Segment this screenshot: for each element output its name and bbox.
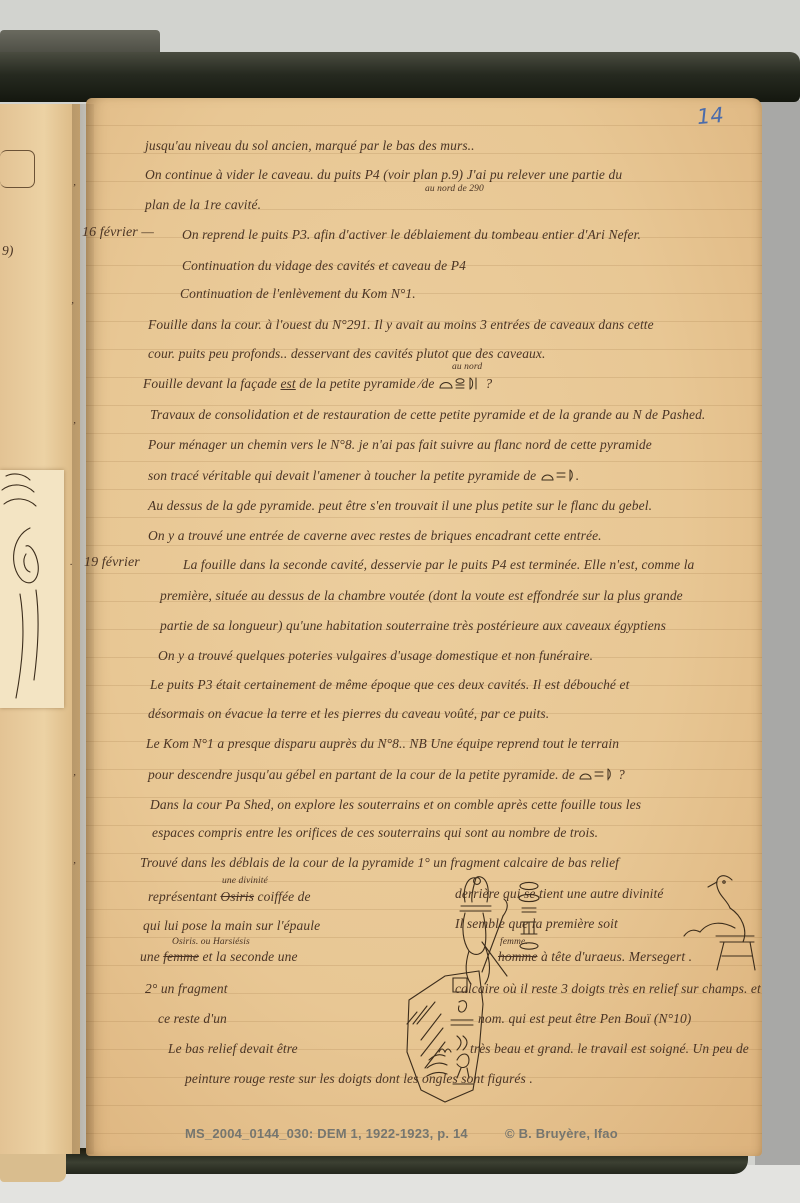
manuscript-line: 2° un fragment xyxy=(145,981,228,997)
gutter-pen-mark: ’ xyxy=(72,860,76,872)
line-text: Fouille devant la façade xyxy=(143,376,280,391)
manuscript-line: qui lui pose la main sur l'épaule xyxy=(143,918,320,934)
manuscript-line: une femme et la seconde une xyxy=(140,949,298,965)
struck-word: Osiris xyxy=(220,889,254,904)
line-text: nom. qui est peut être Pen Bouï (N°10) xyxy=(478,1011,691,1026)
manuscript-line: Travaux de consolidation et de restaurat… xyxy=(150,407,705,423)
manuscript-line: Trouvé dans les déblais de la cour de la… xyxy=(140,855,619,871)
manuscript-line: espaces compris entre les orifices de ce… xyxy=(152,825,598,841)
manuscript-line: On y a trouvé une entrée de caverne avec… xyxy=(148,528,602,544)
manuscript-line: La fouille dans la seconde cavité, desse… xyxy=(183,557,694,573)
line-text: son tracé véritable qui devait l'amener … xyxy=(148,468,540,483)
struck-word: femme xyxy=(163,949,199,964)
line-text: Le bas relief devait être xyxy=(168,1041,298,1056)
line-text: La fouille dans la seconde cavité, desse… xyxy=(183,557,694,572)
manuscript-line: Le bas relief devait être xyxy=(168,1041,298,1057)
line-text: espaces compris entre les orifices de ce… xyxy=(152,825,598,840)
manuscript-line: désormais on évacue la terre et les pier… xyxy=(148,706,549,722)
underlined-word: est xyxy=(280,376,295,391)
manuscript-line: Au dessus de la gde pyramide. peut être … xyxy=(148,498,652,514)
line-text: ? xyxy=(482,376,492,391)
verso-pasted-sketch-paper xyxy=(0,470,64,708)
line-text: très beau et grand. le travail est soign… xyxy=(470,1041,749,1056)
line-text: . xyxy=(576,468,579,483)
line-text: jusqu'au niveau du sol ancien, marqué pa… xyxy=(145,138,475,153)
manuscript-line: jusqu'au niveau du sol ancien, marqué pa… xyxy=(145,138,475,154)
line-text: ce reste d'un xyxy=(158,1011,227,1026)
manuscript-line: Continuation de l'enlèvement du Kom N°1. xyxy=(180,286,416,302)
manuscript-line: son tracé véritable qui devait l'amener … xyxy=(148,467,579,484)
line-text: première, située au dessus de la chambre… xyxy=(160,588,683,603)
line-text: ? xyxy=(614,767,624,782)
gutter-pen-mark: ’ xyxy=(70,300,74,312)
manuscript-line: pour descendre jusqu'au gébel en partant… xyxy=(148,766,625,783)
notebook-scan: 9) ’ ’ ’ . ’ ’ 14 jusqu'au niveau du sol… xyxy=(0,0,800,1203)
line-text: à tête d'uraeus. Mersegert . xyxy=(538,949,693,964)
manuscript-line: première, située au dessus de la chambre… xyxy=(160,588,683,604)
manuscript-line: cour. puits peu profonds.. desservant de… xyxy=(148,346,545,362)
manuscript-line: plan de la 1re cavité. xyxy=(145,197,261,213)
manuscript-line: On y a trouvé quelques poteries vulgaire… xyxy=(158,648,593,664)
manuscript-line: calcaire où il reste 3 doigts très en re… xyxy=(455,981,761,997)
hieroglyph-group-icon xyxy=(438,375,482,391)
manuscript-line: Continuation du vidage des cavités et ca… xyxy=(182,258,466,274)
line-text: et la seconde une xyxy=(199,949,298,964)
line-text: peinture rouge reste sur les doigts dont… xyxy=(185,1071,533,1086)
head-profile-sketch xyxy=(0,470,64,708)
manuscript-line: ce reste d'un xyxy=(158,1011,227,1027)
manuscript-line: peinture rouge reste sur les doigts dont… xyxy=(185,1071,533,1087)
manuscript-line: très beau et grand. le travail est soign… xyxy=(470,1041,749,1057)
manuscript-line: Dans la cour Pa Shed, on explore les sou… xyxy=(150,797,641,813)
gutter-pen-mark: ’ xyxy=(72,772,76,784)
line-text: Continuation du vidage des cavités et ca… xyxy=(182,258,466,273)
line-text: Le Kom N°1 a presque disparu auprès du N… xyxy=(146,736,619,751)
manuscript-line: représentant Osiris coiffée de xyxy=(148,889,311,905)
verso-text: 9) xyxy=(2,243,13,258)
gutter-pen-mark: . xyxy=(70,556,73,568)
note-text: au nord de 290 xyxy=(425,184,484,194)
interlinear-note: au nord de 290 xyxy=(425,184,484,195)
line-text: On reprend le puits P3. afin d'activer l… xyxy=(182,227,641,242)
page-number: 14 xyxy=(696,103,725,129)
line-text: calcaire où il reste 3 doigts très en re… xyxy=(455,981,761,996)
line-text: cour. puits peu profonds.. desservant de… xyxy=(148,346,545,361)
book-cover-top-edge xyxy=(0,52,800,102)
hieroglyph-group-icon xyxy=(540,467,576,483)
verso-text-fragment: 9) xyxy=(2,243,13,259)
line-text: coiffée de xyxy=(254,889,311,904)
line-text: Dans la cour Pa Shed, on explore les sou… xyxy=(150,797,641,812)
hieroglyph-group-icon xyxy=(578,766,614,782)
line-text: qui lui pose la main sur l'épaule xyxy=(143,918,320,933)
line-text: Travaux de consolidation et de restaurat… xyxy=(150,407,705,422)
interlinear-note: Osiris. ou Harsiésis xyxy=(172,937,250,948)
verso-sketch-frame xyxy=(0,150,35,188)
manuscript-line: partie de sa longueur) qu'une habitation… xyxy=(160,618,666,634)
line-text: partie de sa longueur) qu'une habitation… xyxy=(160,618,666,633)
line-text: représentant xyxy=(148,889,220,904)
line-text: On continue à vider le caveau. du puits … xyxy=(145,167,622,182)
manuscript-line: Le Kom N°1 a presque disparu auprès du N… xyxy=(146,736,619,752)
line-text: Continuation de l'enlèvement du Kom N°1. xyxy=(180,286,416,301)
manuscript-line: nom. qui est peut être Pen Bouï (N°10) xyxy=(478,1011,691,1027)
gutter-pen-mark: ’ xyxy=(72,182,76,194)
entry-date: 16 février — xyxy=(82,225,154,241)
page-gutter-shadow xyxy=(72,104,94,1154)
manuscript-line: Fouille dans la cour. à l'ouest du N°291… xyxy=(148,317,654,333)
gutter-pen-mark: ’ xyxy=(72,420,76,432)
manuscript-line: Fouille devant la façade est de la petit… xyxy=(143,375,492,392)
line-text: Pour ménager un chemin vers le N°8. je n… xyxy=(148,437,652,452)
note-text: Osiris. ou Harsiésis xyxy=(172,937,250,947)
footer-caption-id: MS_2004_0144_030: DEM 1, 1922-1923, p. 1… xyxy=(185,1126,468,1141)
line-text: Fouille dans la cour. à l'ouest du N°291… xyxy=(148,317,654,332)
interlinear-note: au nord xyxy=(452,362,482,373)
entry-date: 19 février xyxy=(84,555,140,571)
line-text: désormais on évacue la terre et les pier… xyxy=(148,706,549,721)
page-stack-bottom-left xyxy=(0,1150,66,1182)
line-text: Au dessus de la gde pyramide. peut être … xyxy=(148,498,652,513)
line-text: une xyxy=(140,949,163,964)
manuscript-line: On reprend le puits P3. afin d'activer l… xyxy=(182,227,641,243)
line-text: de la petite pyramide ∕de xyxy=(296,376,438,391)
line-text: pour descendre jusqu'au gébel en partant… xyxy=(148,767,578,782)
line-text: On y a trouvé quelques poteries vulgaire… xyxy=(158,648,593,663)
date-text: 16 février — xyxy=(82,225,154,240)
manuscript-line: Le puits P3 était certainement de même é… xyxy=(150,677,629,693)
manuscript-line: Pour ménager un chemin vers le N°8. je n… xyxy=(148,437,652,453)
line-text: Le puits P3 était certainement de même é… xyxy=(150,677,629,692)
manuscript-line: On continue à vider le caveau. du puits … xyxy=(145,167,622,183)
note-text: au nord xyxy=(452,362,482,372)
seated-deity-sketch xyxy=(672,870,770,975)
footer-caption-credit: © B. Bruyère, Ifao xyxy=(505,1126,618,1141)
line-text: On y a trouvé une entrée de caverne avec… xyxy=(148,528,602,543)
line-text: Trouvé dans les déblais de la cour de la… xyxy=(140,855,619,870)
interlinear-note: une divinité xyxy=(222,876,268,887)
date-text: 19 février xyxy=(84,555,140,570)
line-text: plan de la 1re cavité. xyxy=(145,197,261,212)
note-text: une divinité xyxy=(222,876,268,886)
line-text: 2° un fragment xyxy=(145,981,228,996)
